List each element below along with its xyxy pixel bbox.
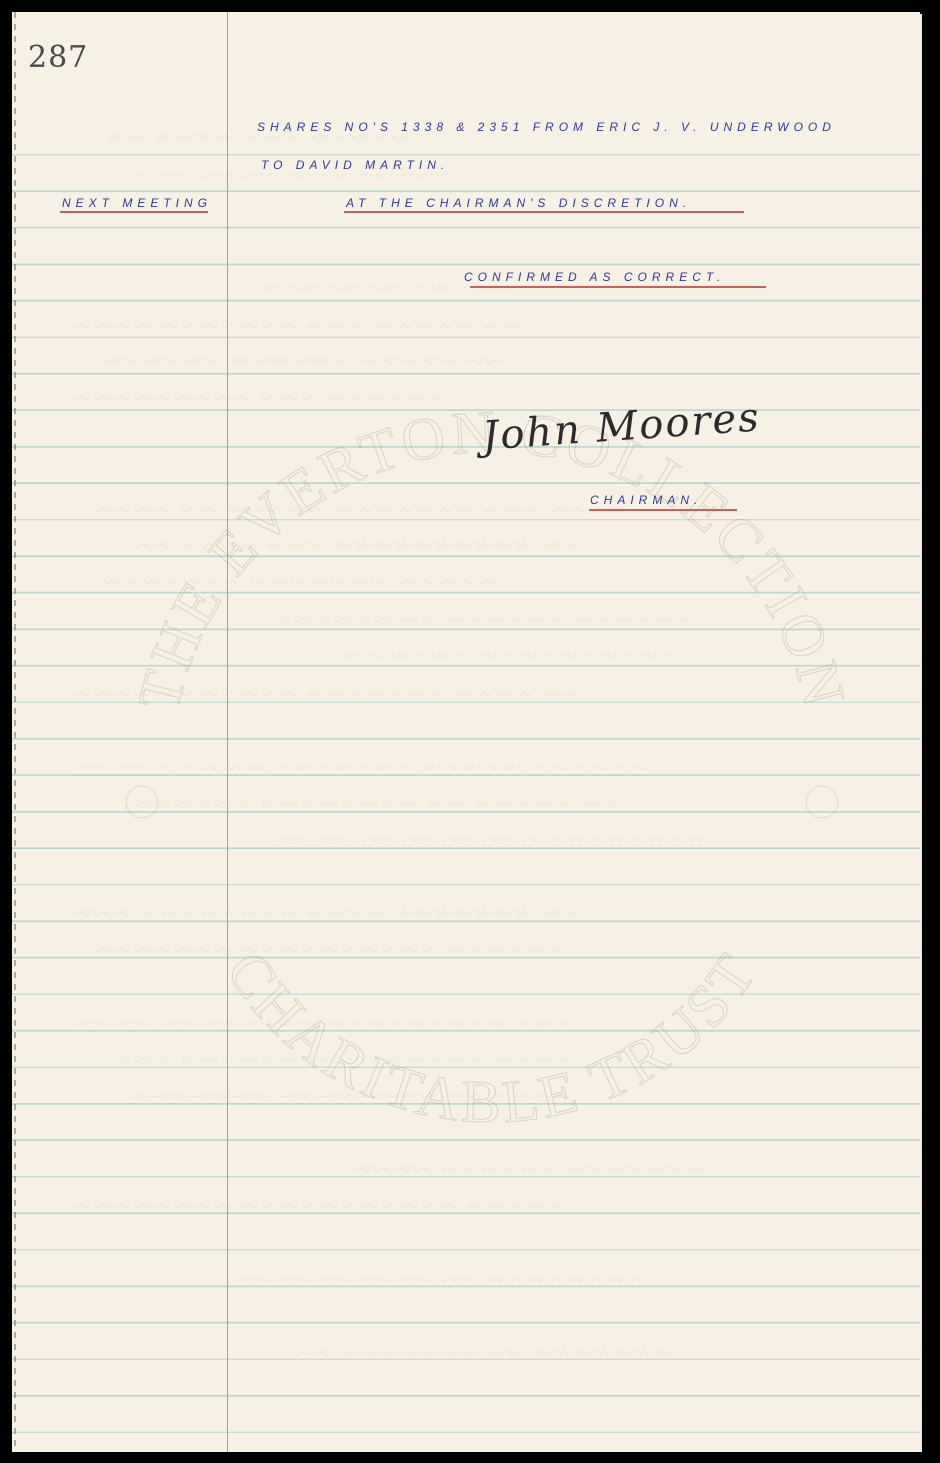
next-meeting-value-underline — [344, 211, 744, 213]
margin-line — [227, 12, 228, 1452]
signatory-title-underline — [589, 509, 737, 511]
next-meeting-label: Next Meeting — [62, 196, 212, 210]
ledger-page: 〰〰 〰〰〰〰 〰〰〰 〰〰〰〰〰 〰〰〰 〰〰〰〰 〰〰 〰〰〰〰〰〰 〰〰〰… — [12, 12, 920, 1452]
next-meeting-underline — [60, 211, 208, 213]
page-binding-edge — [14, 12, 16, 1452]
ruled-lines — [12, 12, 920, 1452]
page-number: 287 — [28, 40, 88, 75]
share-transfer-line-1: Shares No's 1338 & 2351 from Eric J. V. … — [257, 120, 836, 134]
signatory-title: Chairman. — [590, 493, 702, 507]
confirmation-underline — [470, 286, 766, 288]
confirmation-text: Confirmed as correct. — [464, 270, 725, 284]
share-transfer-line-2: to David Martin. — [261, 158, 449, 172]
next-meeting-value: At the Chairman's Discretion. — [346, 196, 691, 210]
